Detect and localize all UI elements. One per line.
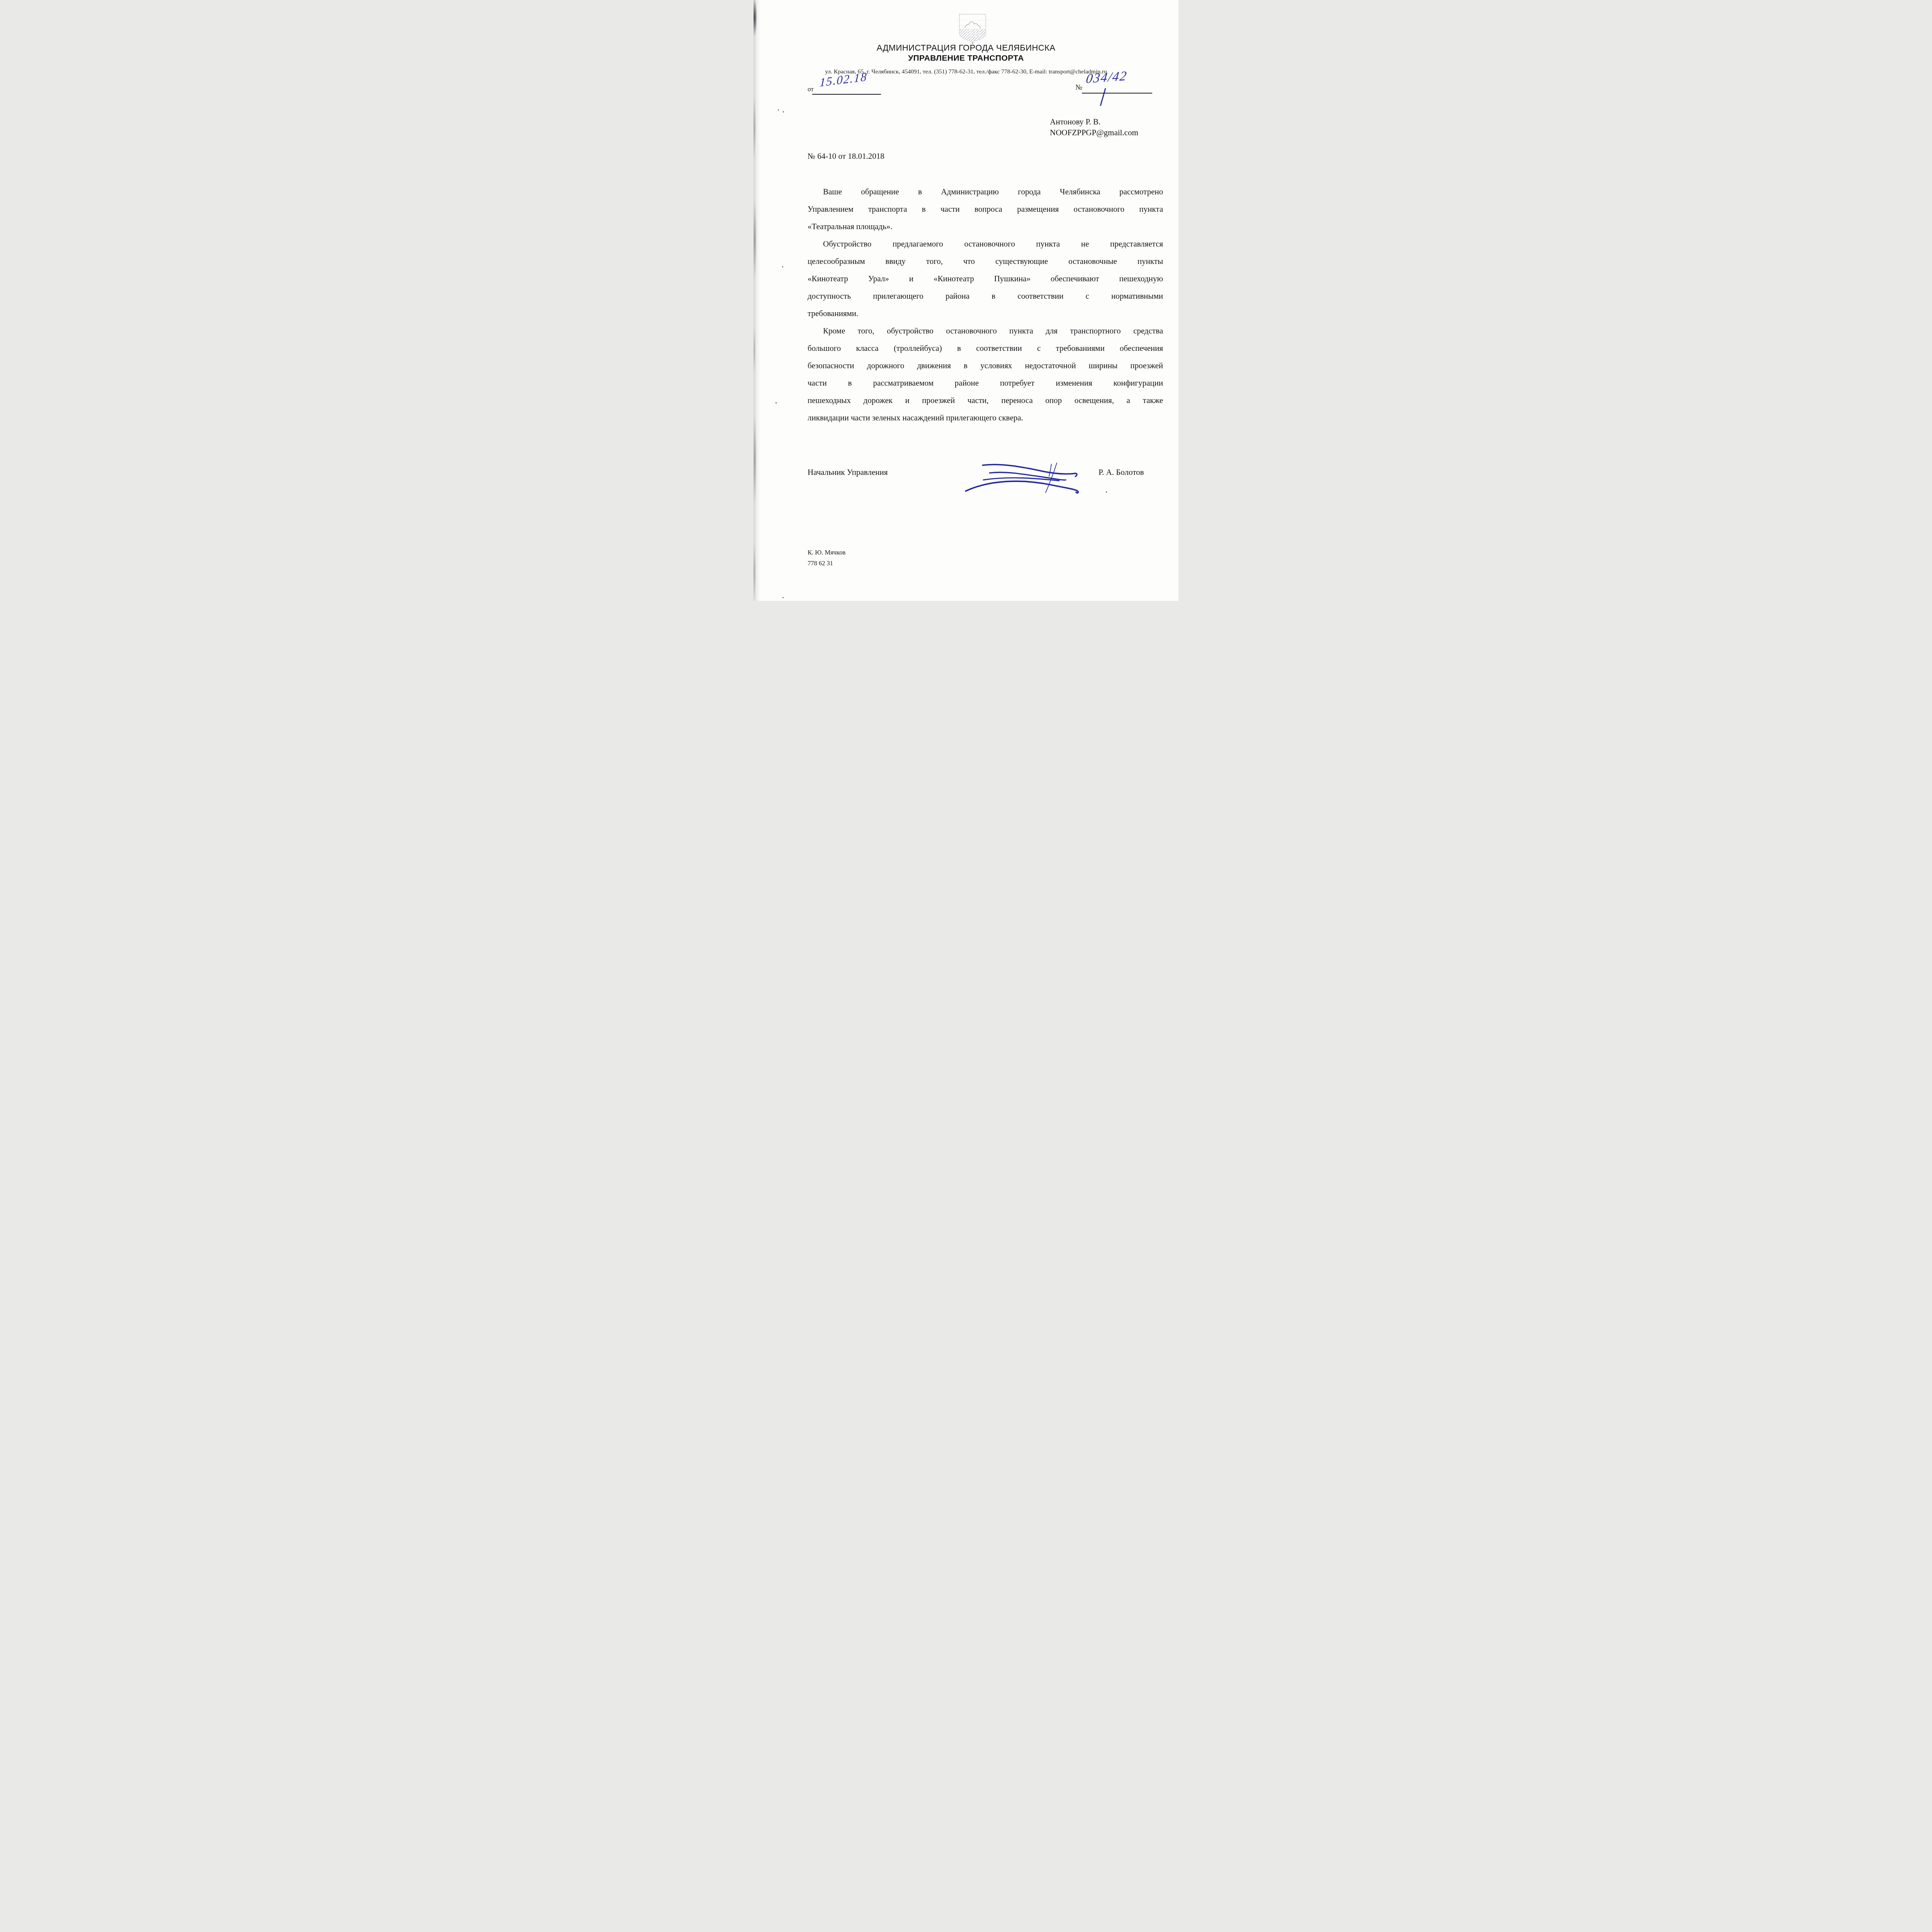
recipient-block: Антонову Р. В. NOOFZPPGP@gmail.com: [1050, 116, 1138, 138]
body-line: «Театральная площадь».: [808, 218, 1163, 235]
body-line: Управлением транспорта в части вопроса р…: [808, 201, 1163, 218]
body-line: требованиями.: [808, 305, 1163, 322]
body-line: «Кинотеатр Урал» и «Кинотеатр Пушкина» о…: [808, 270, 1163, 287]
body-line: ликвидации части зеленых насаждений прил…: [808, 409, 1163, 427]
body-line: доступность прилегающего района в соотве…: [808, 287, 1163, 305]
body-line: Кроме того, обустройство остановочного п…: [808, 322, 1163, 340]
scan-speck: [776, 402, 777, 403]
body-line: целесообразным ввиду того, что существую…: [808, 253, 1163, 270]
scan-speck: [1106, 492, 1107, 493]
outgoing-date-label: от: [808, 85, 814, 93]
letter-body: Ваше обращение в Администрацию города Че…: [808, 183, 1163, 427]
number-underline: [1082, 93, 1152, 94]
handwritten-outgoing-number: 034/42: [1085, 69, 1128, 87]
organization-name-line1: АДМИНИСТРАЦИЯ ГОРОДА ЧЕЛЯБИНСКА: [753, 43, 1179, 53]
signer-name: Р. А. Болотов: [1099, 468, 1144, 477]
date-underline: [812, 94, 881, 95]
signer-position-title: Начальник Управления: [808, 468, 888, 477]
organization-name-line2: УПРАВЛЕНИЕ ТРАНСПОРТА: [753, 54, 1179, 63]
scan-artifact-left-edge: [753, 0, 760, 601]
executor-phone: 778 62 31: [808, 560, 833, 567]
scanned-letter-page: АДМИНИСТРАЦИЯ ГОРОДА ЧЕЛЯБИНСКА УПРАВЛЕН…: [753, 0, 1179, 601]
body-line: Обустройство предлагаемого остановочного…: [808, 235, 1163, 253]
body-line: большого класса (троллейбуса) в соответс…: [808, 340, 1163, 357]
scan-speck: [778, 109, 779, 111]
scan-speck: [782, 266, 783, 267]
body-line: безопасности дорожного движения в услови…: [808, 357, 1163, 374]
incoming-reference-line: № 64-10 от 18.01.2018: [808, 151, 884, 161]
body-line: пешеходных дорожек и проезжей части, пер…: [808, 392, 1163, 409]
scan-speck: [783, 111, 784, 112]
outgoing-number-label: №: [1075, 83, 1082, 92]
handwriting-slash-stroke: [1100, 88, 1106, 106]
executor-name: К. Ю. Мячков: [808, 549, 845, 556]
body-line: Ваше обращение в Администрацию города Че…: [808, 183, 1163, 201]
city-coat-of-arms-icon: [956, 12, 989, 45]
body-line: части в рассматриваемом районе потребует…: [808, 374, 1163, 392]
recipient-email: NOOFZPPGP@gmail.com: [1050, 127, 1138, 138]
recipient-name: Антонову Р. В.: [1050, 116, 1138, 127]
scan-speck: [782, 597, 784, 598]
handwritten-signature: [964, 457, 1092, 495]
